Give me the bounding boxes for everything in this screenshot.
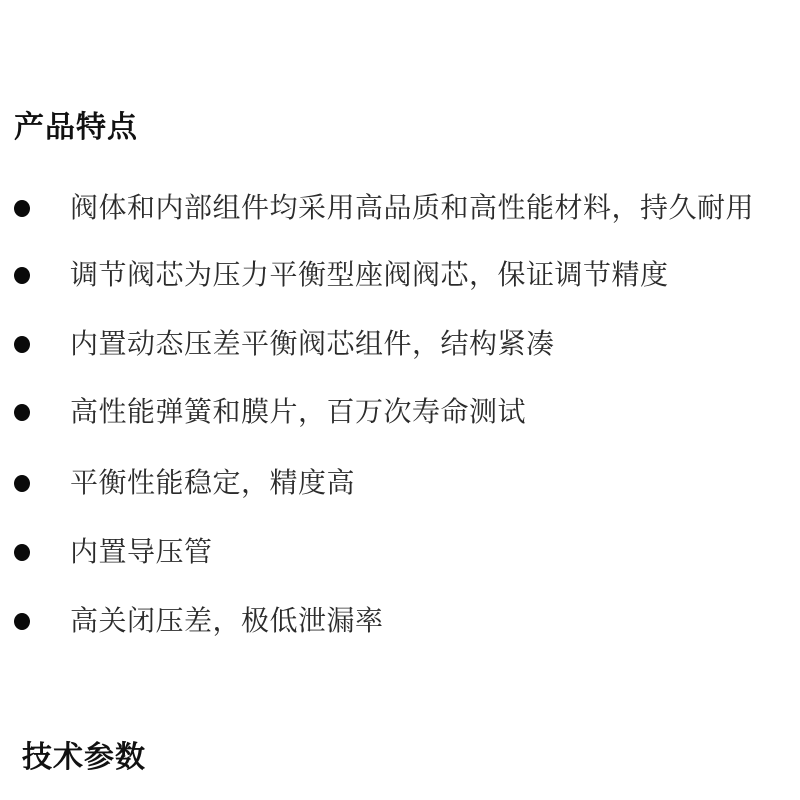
bullet-dot-icon [14, 200, 30, 217]
feature-item: 高性能弹簧和膜片，百万次寿命测试 [0, 392, 800, 432]
feature-text: 内置导压管 [70, 534, 213, 570]
bullet-dot-icon [14, 336, 30, 353]
feature-item: 阀体和内部组件均采用高品质和高性能材料，持久耐用 [0, 188, 800, 228]
feature-item: 内置动态压差平衡阀芯组件，结构紧凑 [0, 324, 800, 364]
feature-text: 调节阀芯为压力平衡型座阀阀芯，保证调节精度 [70, 257, 669, 293]
bullet-dot-icon [14, 267, 30, 284]
feature-text: 高关闭压差，极低泄漏率 [70, 603, 384, 639]
feature-item: 高关闭压差，极低泄漏率 [0, 601, 800, 641]
feature-text: 平衡性能稳定，精度高 [70, 465, 355, 501]
section-heading-product-features: 产品特点 [14, 102, 138, 146]
bullet-dot-icon [14, 613, 30, 630]
feature-item: 调节阀芯为压力平衡型座阀阀芯，保证调节精度 [0, 255, 800, 295]
feature-item: 平衡性能稳定，精度高 [0, 463, 800, 503]
section-heading-technical-parameters: 技术参数 [22, 732, 146, 776]
bullet-dot-icon [14, 475, 30, 492]
bullet-dot-icon [14, 544, 30, 561]
bullet-dot-icon [14, 404, 30, 421]
feature-text: 高性能弹簧和膜片，百万次寿命测试 [70, 394, 526, 430]
feature-item: 内置导压管 [0, 532, 800, 572]
feature-text: 内置动态压差平衡阀芯组件，结构紧凑 [70, 326, 555, 362]
feature-text: 阀体和内部组件均采用高品质和高性能材料，持久耐用 [70, 190, 754, 226]
